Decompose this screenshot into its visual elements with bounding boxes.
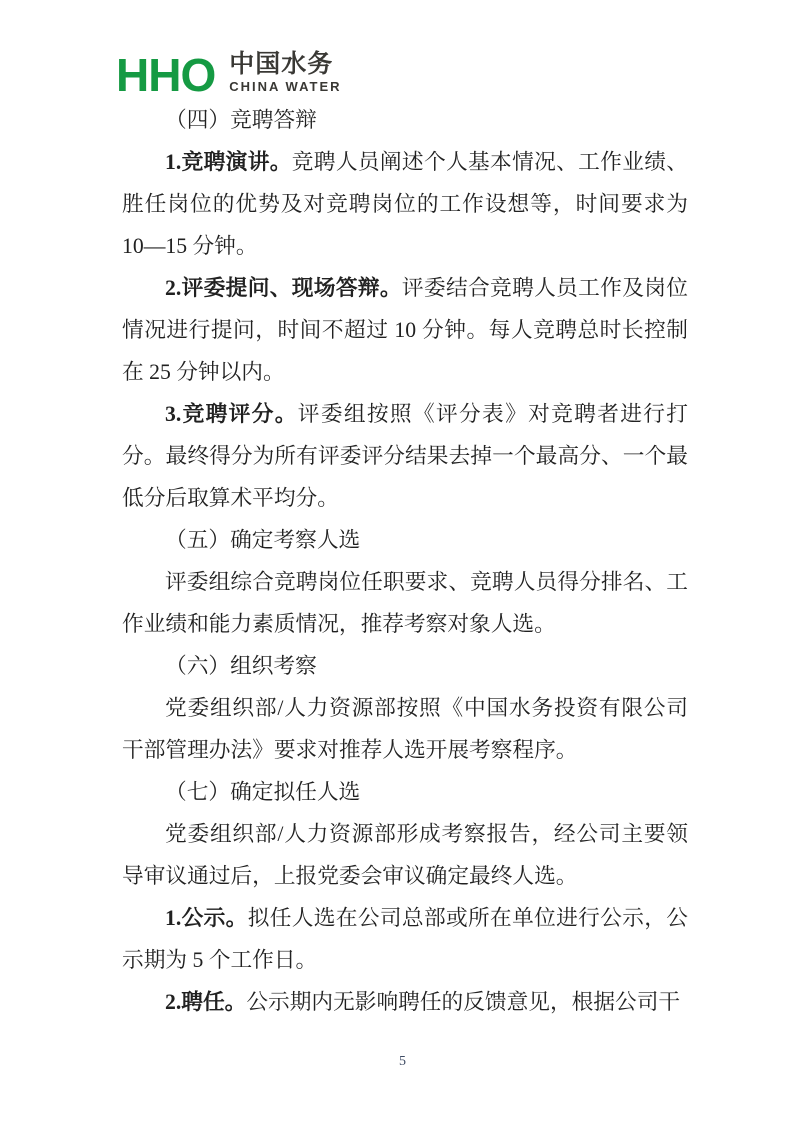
page-footer: 5 (0, 1052, 805, 1072)
page-number: 5 (399, 1054, 406, 1069)
paragraph-text: 党委组织部/人力资源部形成考察报告，经公司主要领导审议通过后，上报党委会审议确定… (122, 822, 688, 888)
paragraph-lead: 2.聘任。 (165, 990, 246, 1014)
paragraph-lead: 1.竞聘演讲。 (165, 150, 292, 174)
paragraph-text: 公示期内无影响聘任的反馈意见，根据公司干 (246, 990, 680, 1014)
logo-hho-text: HHO (116, 58, 215, 93)
paragraph-text: 评委组综合竞聘岗位任职要求、竞聘人员得分排名、工作业绩和能力素质情况，推荐考察对… (122, 570, 688, 636)
paragraph-inspection: 党委组织部/人力资源部按照《中国水务投资有限公司干部管理办法》要求对推荐人选开展… (122, 687, 688, 771)
paragraph-final-selection: 党委组织部/人力资源部形成考察报告，经公司主要领导审议通过后，上报党委会审议确定… (122, 813, 688, 897)
paragraph-lead: 2.评委提问、现场答辩。 (165, 276, 402, 300)
company-logo: HHO 中国水务 CHINA WATER (116, 52, 342, 93)
paragraph-lead: 3.竞聘评分。 (165, 402, 298, 426)
paragraph-lead: 1.公示。 (165, 906, 248, 930)
section-heading-5: （五）确定考察人选 (122, 519, 688, 561)
paragraph-candidates: 评委组综合竞聘岗位任职要求、竞聘人员得分排名、工作业绩和能力素质情况，推荐考察对… (122, 561, 688, 645)
section-heading-7: （七）确定拟任人选 (122, 771, 688, 813)
logo-name-block: 中国水务 CHINA WATER (229, 52, 341, 93)
section-heading-6: （六）组织考察 (122, 645, 688, 687)
paragraph-qa: 2.评委提问、现场答辩。评委结合竞聘人员工作及岗位情况进行提问，时间不超过 10… (122, 267, 688, 393)
logo-name-english: CHINA WATER (229, 80, 341, 93)
logo-name-chinese: 中国水务 (229, 52, 341, 77)
section-heading-4: （四）竞聘答辩 (122, 99, 688, 141)
document-page: HHO 中国水务 CHINA WATER （四）竞聘答辩 1.竞聘演讲。竞聘人员… (0, 0, 805, 1139)
document-body: （四）竞聘答辩 1.竞聘演讲。竞聘人员阐述个人基本情况、工作业绩、胜任岗位的优势… (122, 99, 688, 1023)
paragraph-publicity: 1.公示。拟任人选在公司总部或所在单位进行公示，公示期为 5 个工作日。 (122, 897, 688, 981)
paragraph-scoring: 3.竞聘评分。评委组按照《评分表》对竞聘者进行打分。最终得分为所有评委评分结果去… (122, 393, 688, 519)
paragraph-text: 党委组织部/人力资源部按照《中国水务投资有限公司干部管理办法》要求对推荐人选开展… (122, 696, 688, 762)
paragraph-appointment: 2.聘任。公示期内无影响聘任的反馈意见，根据公司干 (122, 981, 688, 1023)
paragraph-speech: 1.竞聘演讲。竞聘人员阐述个人基本情况、工作业绩、胜任岗位的优势及对竞聘岗位的工… (122, 141, 688, 267)
